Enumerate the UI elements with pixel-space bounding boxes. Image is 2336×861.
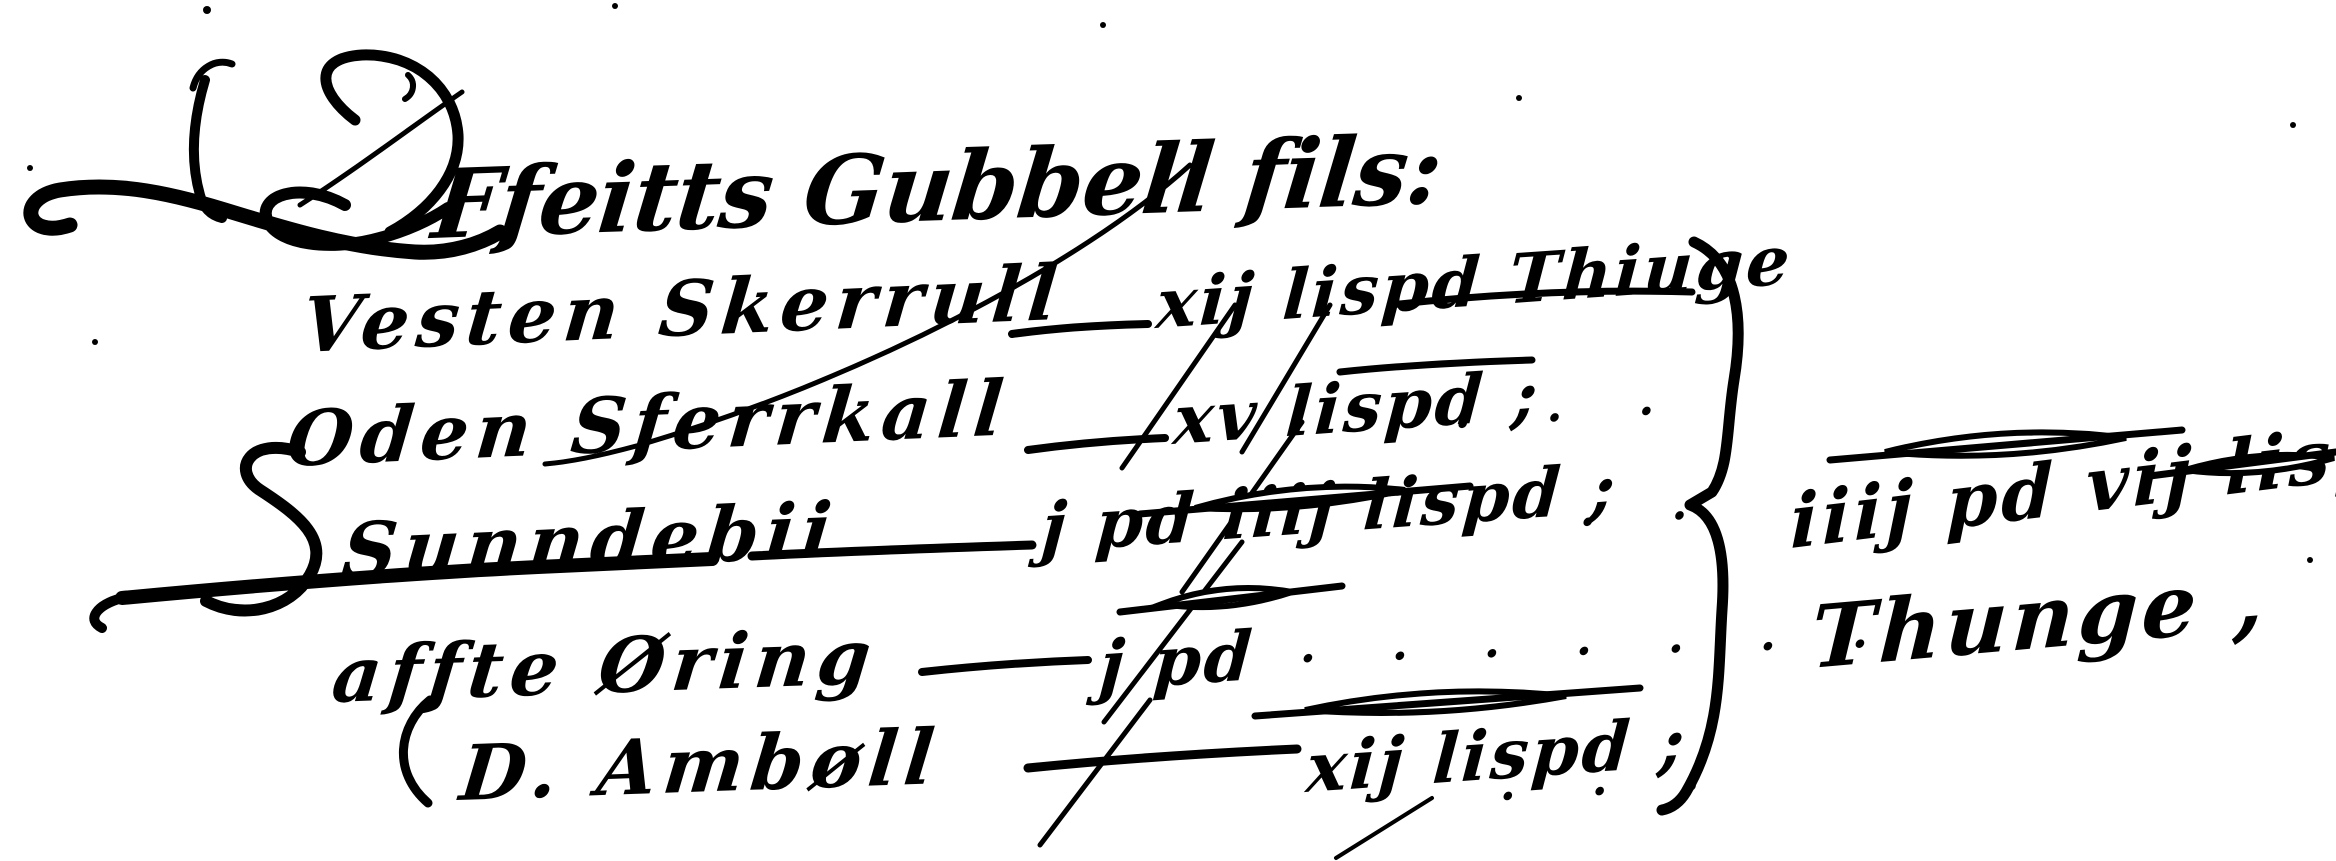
ink-speck	[612, 3, 618, 9]
entry-leader: . . . . . . .	[1299, 603, 1898, 673]
total-line1: iiij pd vij lispd	[1790, 397, 2336, 566]
dash-stroke	[1028, 438, 1165, 450]
heading-text: Ffeitts Gubbell fils:	[425, 113, 1448, 261]
ink-speck	[2307, 557, 2313, 563]
ink-speck	[2290, 122, 2296, 128]
dash-stroke	[1028, 749, 1297, 768]
entry-name: D. Ambøll	[454, 712, 945, 819]
entry-name: Sunndebii	[338, 485, 842, 597]
initial-curl-stroke	[266, 192, 448, 244]
ink-speck	[1100, 22, 1106, 28]
dash-stroke	[922, 660, 1088, 672]
swash-curl	[94, 598, 122, 628]
flourish-initial	[31, 55, 500, 252]
entry-name: Vesten Skerrull	[298, 248, 1068, 371]
total-line2: Thunge ,	[1809, 548, 2271, 689]
ink-speck	[27, 165, 33, 171]
descender-stroke	[1336, 798, 1432, 858]
descender-stroke	[1040, 700, 1150, 845]
entry-amount: j pd	[1085, 616, 1258, 708]
ledger-row: D. Ambøll xij lispd ; . . .	[403, 688, 1730, 858]
ink-speck	[203, 6, 211, 14]
ink-speck	[1516, 95, 1522, 101]
entry-name: affte Øring	[328, 612, 882, 721]
ink-speck	[92, 339, 98, 345]
manuscript-page: Ffeitts Gubbell fils: Vesten Skerrull xi…	[0, 0, 2336, 861]
entry-name: Oden Sferrkall	[283, 363, 1014, 485]
initial-comma-stroke	[405, 75, 413, 99]
entry-amount: j pd iiij lispd ;	[1027, 449, 1621, 570]
total-amount: iiij pd vij lispd Thunge ,	[1790, 397, 2336, 689]
heading: Ffeitts Gubbell fils:	[425, 113, 1448, 261]
